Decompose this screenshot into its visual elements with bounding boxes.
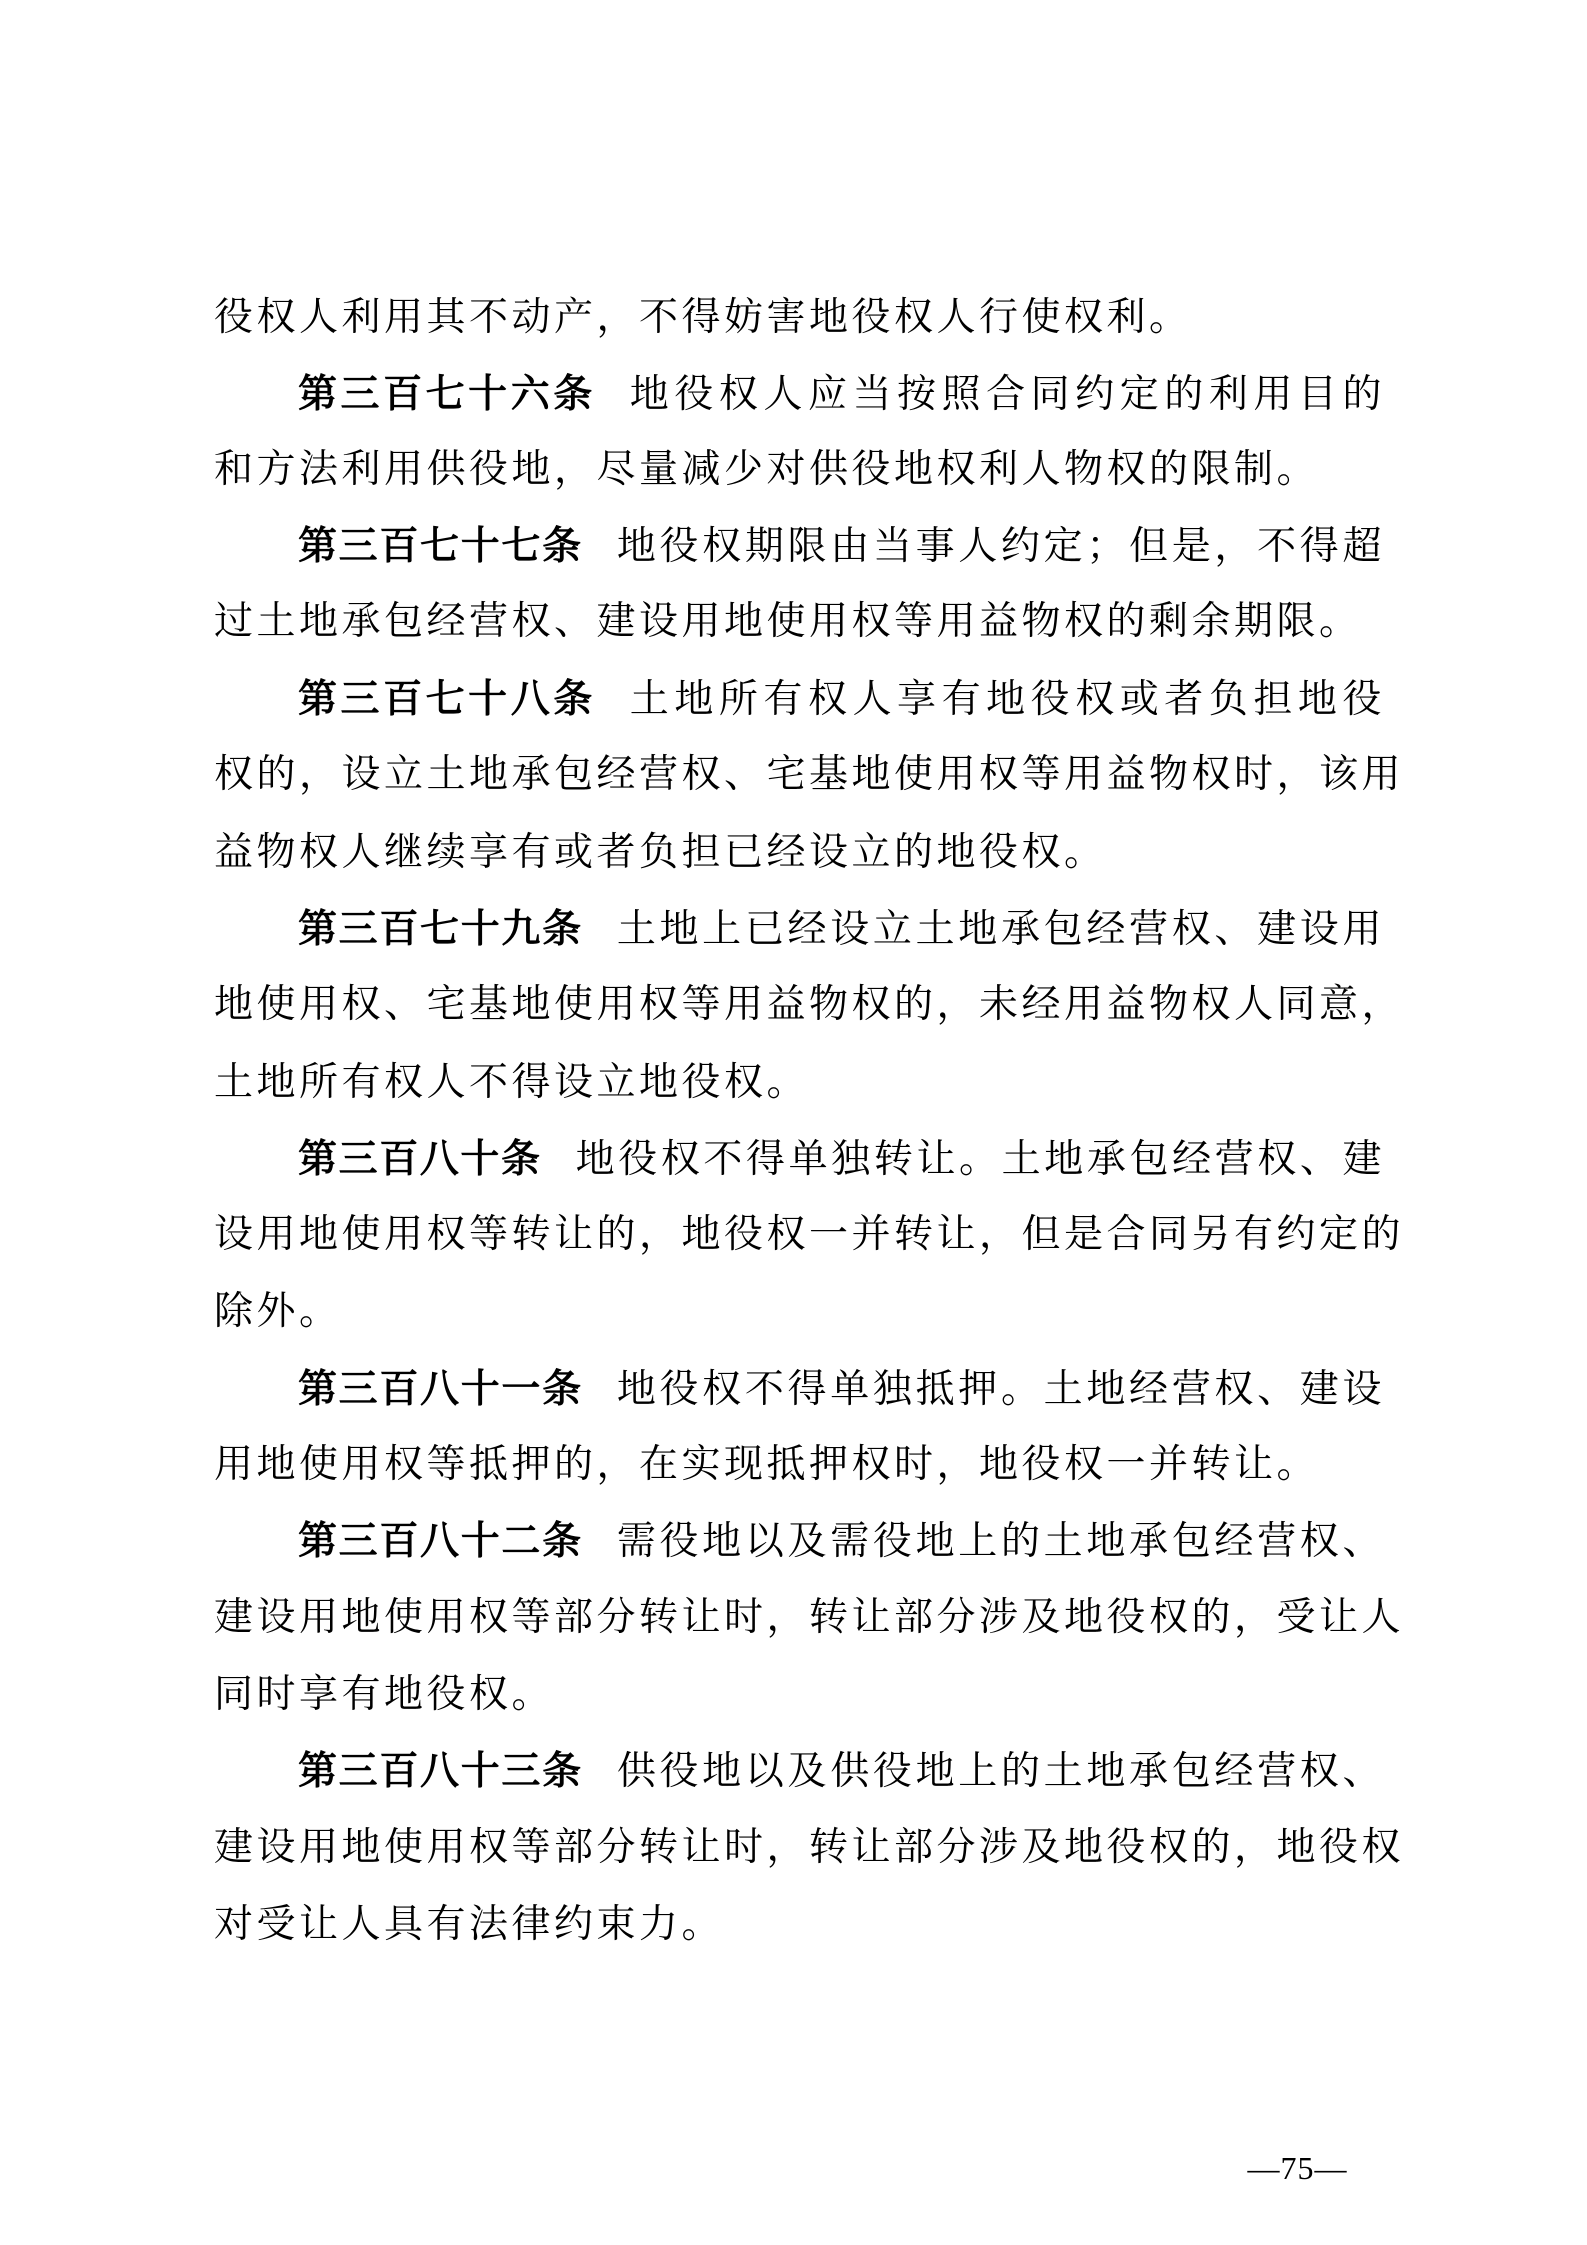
line-text: 地役权期限由当事人约定；但是，不得超 — [617, 524, 1385, 569]
line-text: 建设用地使用权等部分转让时，转让部分涉及地役权的，受让人 — [214, 1595, 1404, 1640]
article-number: 第三百七十六条 — [298, 372, 596, 417]
text-line: 和方法利用供役地，尽量减少对供役地权利人物权的限制。 — [214, 445, 1385, 495]
line-text: 用地使用权等抵押的，在实现抵押权时，地役权一并转让。 — [214, 1442, 1319, 1487]
article-number: 第三百七十七条 — [298, 524, 583, 569]
line-text: 地役权不得单独转让。土地承包经营权、建 — [576, 1137, 1385, 1182]
text-line: 地使用权、宅基地使用权等用益物权的，未经用益物权人同意， — [214, 980, 1385, 1030]
text-line: 益物权人继续享有或者负担已经设立的地役权。 — [214, 828, 1385, 878]
text-line: 过土地承包经营权、建设用地使用权等用益物权的剩余期限。 — [214, 597, 1385, 647]
line-text: 土地所有权人不得设立地役权。 — [214, 1060, 809, 1105]
line-text: 权的，设立土地承包经营权、宅基地使用权等用益物权时，该用 — [214, 752, 1404, 797]
line-text: 除外。 — [214, 1289, 342, 1334]
line-text: 役权人利用其不动产，不得妨害地役权人行使权利。 — [214, 295, 1192, 340]
text-line: 对受让人具有法律约束力。 — [214, 1900, 1385, 1950]
line-text: 过土地承包经营权、建设用地使用权等用益物权的剩余期限。 — [214, 599, 1362, 644]
article-376-first-line: 第三百七十六条地役权人应当按照合同约定的利用目的 — [298, 370, 1385, 420]
article-number: 第三百七十九条 — [298, 907, 583, 952]
line-text: 供役地以及供役地上的土地承包经营权、 — [617, 1749, 1385, 1794]
text-line: 同时享有地役权。 — [214, 1670, 1385, 1720]
line-text: 地役权人应当按照合同约定的利用目的 — [630, 372, 1385, 417]
page-number: —75— — [1240, 2148, 1355, 2188]
article-378-first-line: 第三百七十八条土地所有权人享有地役权或者负担地役 — [298, 675, 1385, 725]
article-number: 第三百八十条 — [298, 1137, 542, 1182]
line-text: 益物权人继续享有或者负担已经设立的地役权。 — [214, 830, 1107, 875]
document-page: 役权人利用其不动产，不得妨害地役权人行使权利。 第三百七十六条地役权人应当按照合… — [0, 0, 1587, 2245]
text-line: 除外。 — [214, 1287, 1385, 1337]
line-text: 需役地以及需役地上的土地承包经营权、 — [617, 1519, 1385, 1564]
line-text: 地使用权、宅基地使用权等用益物权的，未经用益物权人同意， — [214, 982, 1404, 1027]
line-text: 土地所有权人享有地役权或者负担地役 — [630, 677, 1385, 722]
article-number: 第三百八十一条 — [298, 1367, 583, 1412]
article-377-first-line: 第三百七十七条地役权期限由当事人约定；但是，不得超 — [298, 522, 1385, 572]
text-line: 权的，设立土地承包经营权、宅基地使用权等用益物权时，该用 — [214, 750, 1385, 800]
article-381-first-line: 第三百八十一条地役权不得单独抵押。土地经营权、建设 — [298, 1365, 1385, 1415]
article-379-first-line: 第三百七十九条土地上已经设立土地承包经营权、建设用 — [298, 905, 1385, 955]
article-380-first-line: 第三百八十条地役权不得单独转让。土地承包经营权、建 — [298, 1135, 1385, 1185]
line-text: 同时享有地役权。 — [214, 1672, 554, 1717]
article-number: 第三百七十八条 — [298, 677, 596, 722]
line-text: 设用地使用权等转让的，地役权一并转让，但是合同另有约定的 — [214, 1212, 1404, 1257]
line-text: 土地上已经设立土地承包经营权、建设用 — [617, 907, 1385, 952]
line-text: 地役权不得单独抵押。土地经营权、建设 — [617, 1367, 1385, 1412]
article-383-first-line: 第三百八十三条供役地以及供役地上的土地承包经营权、 — [298, 1747, 1385, 1797]
text-line: 土地所有权人不得设立地役权。 — [214, 1058, 1385, 1108]
text-line: 建设用地使用权等部分转让时，转让部分涉及地役权的，地役权 — [214, 1823, 1385, 1873]
text-line: 设用地使用权等转让的，地役权一并转让，但是合同另有约定的 — [214, 1210, 1385, 1260]
article-382-first-line: 第三百八十二条需役地以及需役地上的土地承包经营权、 — [298, 1517, 1385, 1567]
line-text: 对受让人具有法律约束力。 — [214, 1902, 724, 1947]
line-text: 和方法利用供役地，尽量减少对供役地权利人物权的限制。 — [214, 447, 1319, 492]
article-number: 第三百八十三条 — [298, 1749, 583, 1794]
article-number: 第三百八十二条 — [298, 1519, 583, 1564]
text-line: 用地使用权等抵押的，在实现抵押权时，地役权一并转让。 — [214, 1440, 1385, 1490]
text-line: 建设用地使用权等部分转让时，转让部分涉及地役权的，受让人 — [214, 1593, 1385, 1643]
line-text: 建设用地使用权等部分转让时，转让部分涉及地役权的，地役权 — [214, 1825, 1404, 1870]
text-line: 役权人利用其不动产，不得妨害地役权人行使权利。 — [214, 293, 1385, 343]
